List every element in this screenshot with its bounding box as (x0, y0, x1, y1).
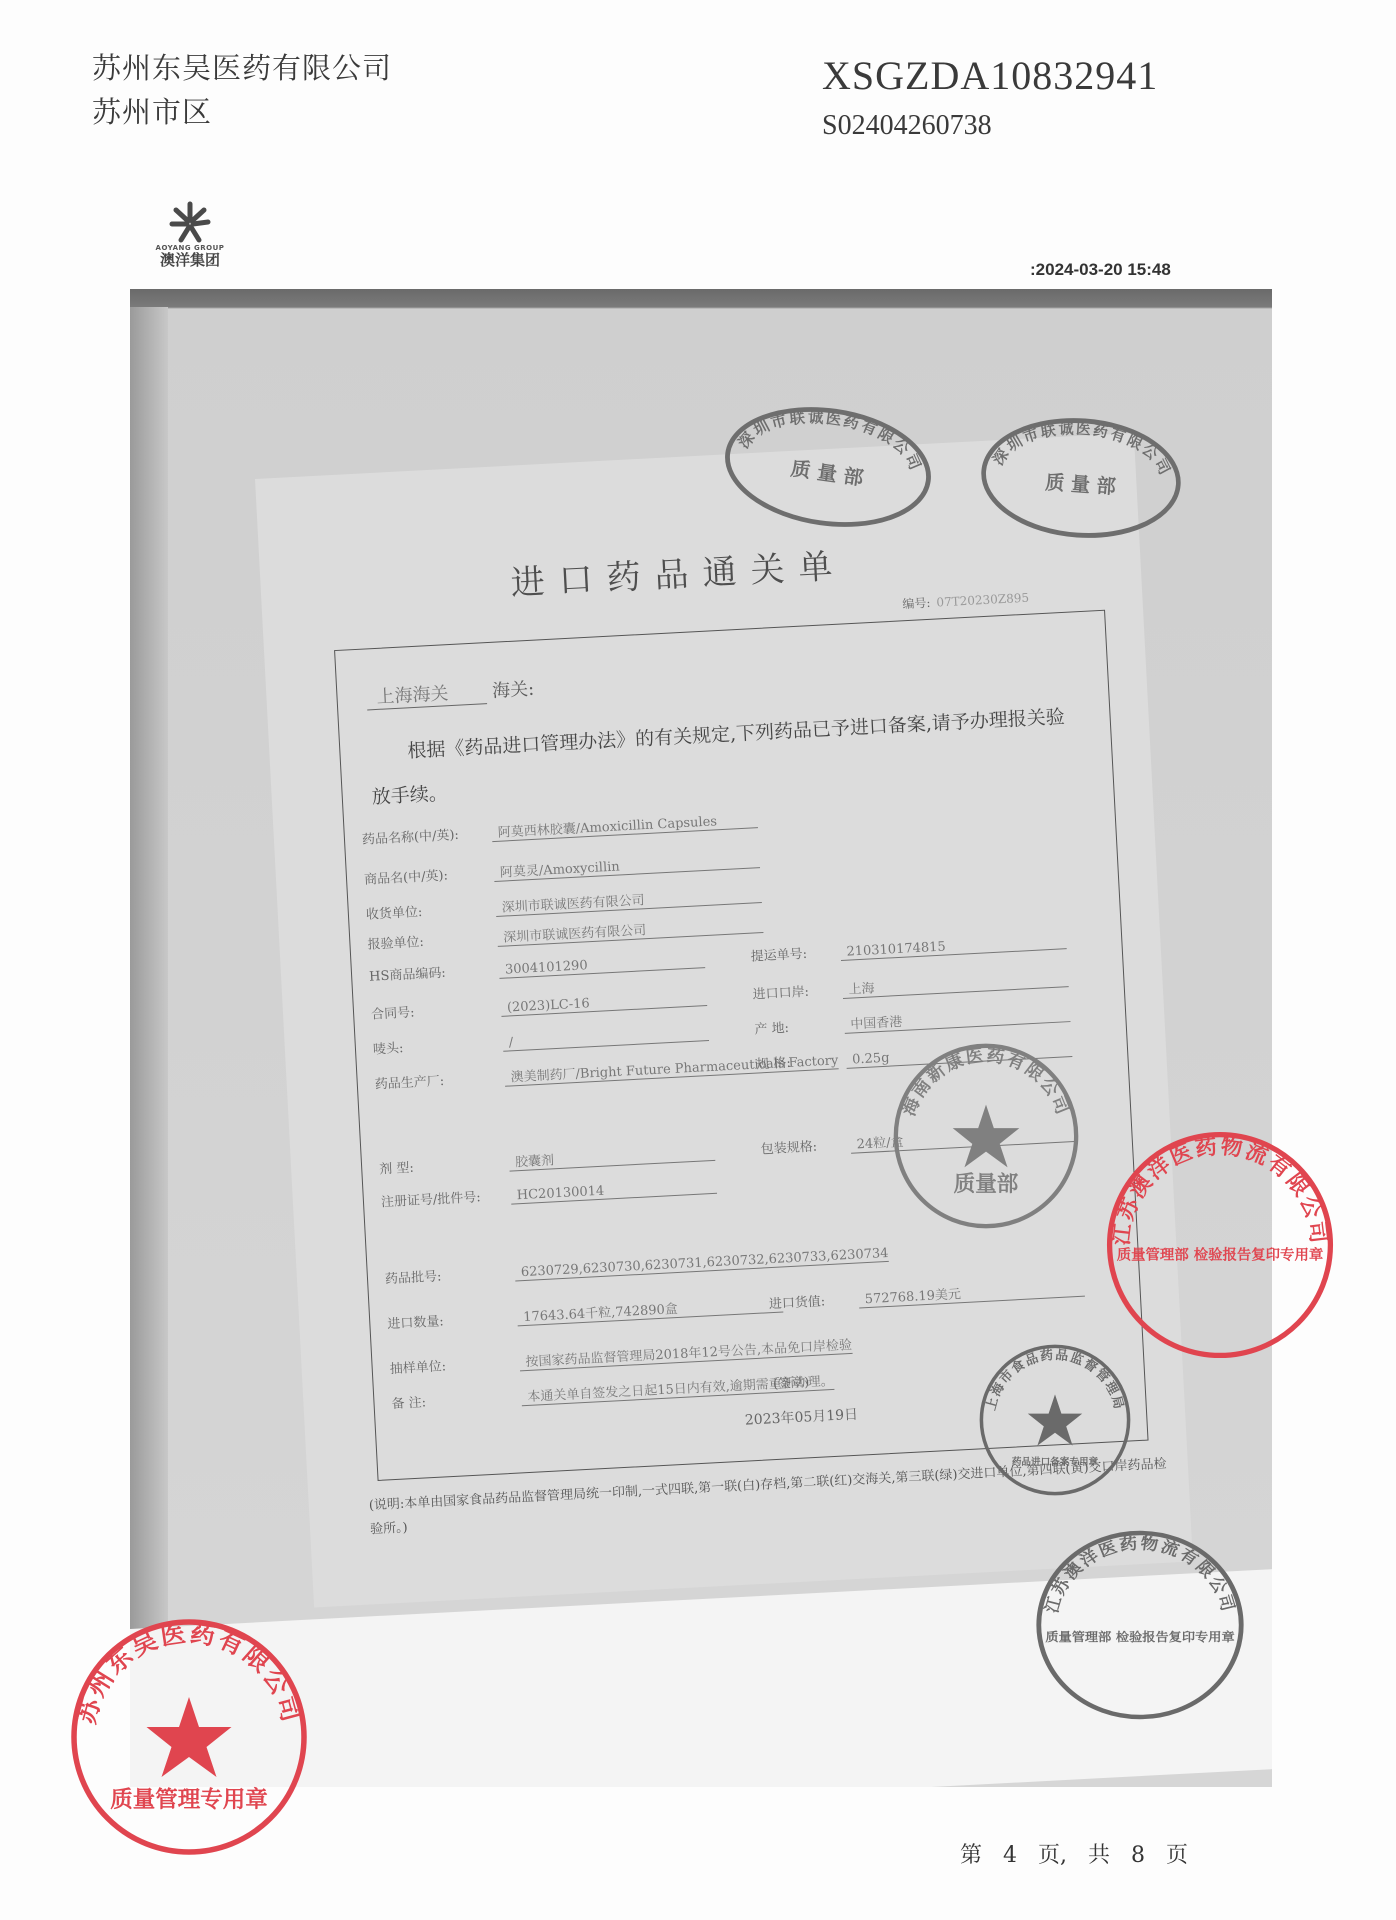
svg-text:江苏澳洋医药物流有限公司: 江苏澳洋医药物流有限公司 (1041, 1533, 1240, 1614)
field-label: 进口货值: (768, 1289, 859, 1313)
stamp-round-gray-bottom: 江苏澳洋医药物流有限公司 质量管理部 检验报告复印专用章 (1030, 1525, 1250, 1725)
stamp-round-red-right: 江苏澳洋医药物流有限公司 质量管理部 检验报告复印专用章 (1100, 1125, 1340, 1365)
svg-text:药品进口备案专用章: 药品进口备案专用章 (1012, 1456, 1099, 1468)
stamp-oval-quality-2: 深圳市联诚医药有限公司 质 量 部 (971, 405, 1192, 551)
logo-name-cn: 澳洋集团 (145, 252, 235, 268)
svg-text:质量管理专用章: 质量管理专用章 (110, 1786, 268, 1813)
form-serial: 编号:07T20230Z895 (902, 589, 1029, 613)
star-icon (1028, 1394, 1082, 1445)
svg-text:质 量 部: 质 量 部 (789, 457, 865, 490)
svg-text:质量管理部 检验报告复印专用章: 质量管理部 检验报告复印专用章 (1117, 1245, 1324, 1263)
document-code-secondary: S02404260738 (822, 110, 992, 142)
star-icon (953, 1105, 1020, 1168)
scan-timestamp: :2024-03-20 15:48 (1030, 260, 1171, 280)
stamp-round-red-bottom: 苏州东吴医药有限公司 质量管理专用章 (64, 1612, 314, 1862)
company-region: 苏州市区 (92, 90, 392, 134)
document-code-primary: XSGZDA10832941 (822, 52, 1158, 99)
company-name: 苏州东吴医药有限公司 (92, 46, 392, 90)
serial-label: 编号: (902, 596, 931, 611)
aoyang-starburst-icon (168, 200, 212, 244)
svg-text:质量管理部 检验报告复印专用章: 质量管理部 检验报告复印专用章 (1045, 1630, 1235, 1644)
photo-shadow-edge (130, 307, 168, 1787)
field-label: 产 地: (754, 1014, 845, 1038)
field-label: 规 格: (756, 1049, 847, 1073)
svg-text:江苏澳洋医药物流有限公司: 江苏澳洋医药物流有限公司 (1109, 1133, 1331, 1247)
signature-label: (签章) (773, 1371, 810, 1392)
company-logo: AOYANG GROUP 澳洋集团 (145, 200, 235, 280)
svg-text:质 量 部: 质 量 部 (1045, 470, 1118, 498)
field-label: 包装规格: (760, 1134, 851, 1158)
stamp-round-customs: 上海市食品药品监督管理局 药品进口备案专用章 (975, 1340, 1135, 1500)
svg-text:深圳市联诚医药有限公司: 深圳市联诚医药有限公司 (989, 413, 1178, 480)
serial-value: 07T20230Z895 (936, 591, 1029, 610)
svg-text:质量部: 质量部 (954, 1171, 1019, 1197)
company-header: 苏州东吴医药有限公司 苏州市区 (92, 46, 392, 134)
customs-suffix: 海关: (492, 679, 535, 702)
stamp-round-quality-gray: 海南新康医药有限公司 质量部 (888, 1038, 1084, 1234)
field-label: 提运单号: (750, 941, 841, 965)
field-label: 进口口岸: (752, 979, 843, 1003)
form-title: 进口药品通关单 (509, 538, 847, 605)
page-indicator: 第 4 页, 共 8 页 (960, 1838, 1188, 1869)
star-icon (147, 1697, 232, 1777)
